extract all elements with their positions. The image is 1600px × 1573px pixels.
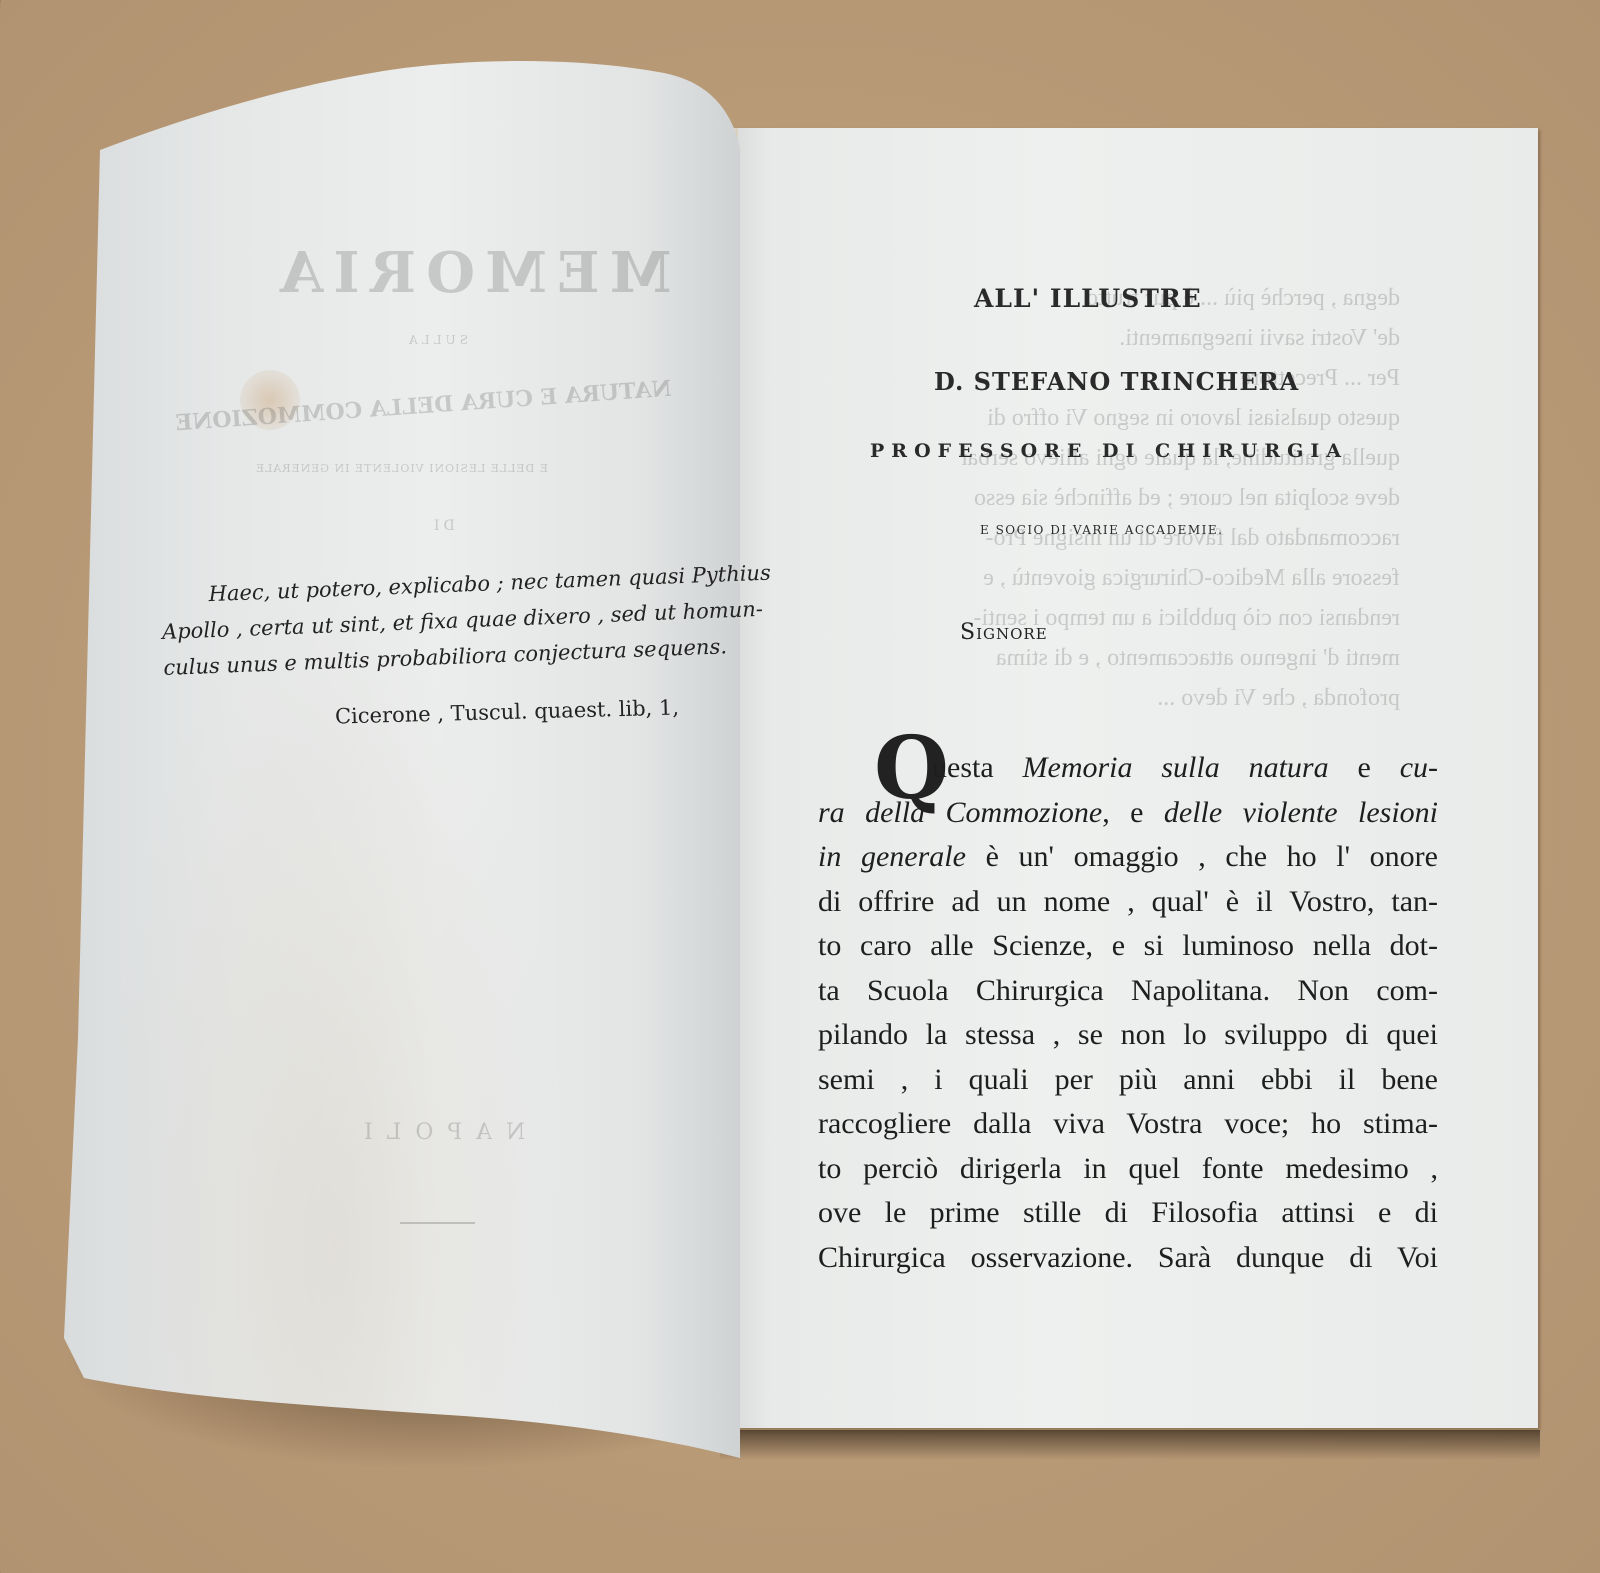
show-through-subtitle2: E DELLE LESIONI VIOLENTE IN GENERALE: [255, 462, 548, 475]
body-line: ta Scuola Chirurgica Napolitana. Non com…: [818, 969, 1438, 1013]
page-shadow-right: [720, 1430, 1540, 1460]
show-through-imprint: NAPOLI: [350, 1120, 525, 1145]
show-through-sulla: SULLA: [405, 333, 468, 347]
body-line: ove le prime stille di Filosofia attinsi…: [818, 1191, 1438, 1235]
show-through-line: questo qualsiasi lavoro in segno Vi offr…: [800, 405, 1400, 432]
body-line: ra della Commozione, e delle violente le…: [818, 791, 1438, 835]
body-line: pilando la stessa , se non lo sviluppo d…: [818, 1013, 1438, 1057]
show-through-line: profonda , che Vi devo ...: [800, 685, 1400, 712]
show-through-line: rendansi con ciò pubblici a un tempo i s…: [800, 605, 1400, 632]
salutation: Signore: [960, 620, 1048, 645]
body-line: raccogliere dalla viva Vostra voce; ho s…: [818, 1102, 1438, 1146]
show-through-line: de' Vostri savii insegnamenti.: [800, 325, 1400, 352]
dedication-heading: ALL' ILLUSTRE: [974, 284, 1202, 313]
body-line: semi , i quali per più anni ebbi il bene: [818, 1058, 1438, 1102]
show-through-rule: [400, 1222, 475, 1224]
show-through-title: MEMORIA: [270, 240, 672, 306]
dedicatee-subtitle: E SOCIO DI VARIE ACCADEMIE.: [980, 523, 1223, 537]
show-through-di: DI: [430, 518, 455, 534]
body-line: Chirurgica osservazione. Sarà dunque di …: [818, 1236, 1438, 1280]
show-through-line: deve scolpita nel cuore ; ed affinchè si…: [800, 485, 1400, 512]
dedicatee-title: PROFESSORE DI CHIRURGIA: [870, 440, 1348, 462]
body-line: to perciò dirigerla in quel fonte medesi…: [818, 1147, 1438, 1191]
body-line: di offrire ad un nome , qual' è il Vostr…: [818, 880, 1438, 924]
body-line: in generale è un' omaggio , che ho l' on…: [818, 835, 1438, 879]
body-line: uesta Memoria sulla natura e cu-: [932, 746, 1438, 790]
show-through-line: fessore alla Medico-Chirurgica gioventù …: [800, 565, 1400, 592]
show-through-line: menti d' ingenuo attaccamento , e di sti…: [800, 645, 1400, 672]
dedicatee-name: D. STEFANO TRINCHERA: [934, 367, 1299, 396]
body-line: to caro alle Scienze, e si luminoso nell…: [818, 924, 1438, 968]
